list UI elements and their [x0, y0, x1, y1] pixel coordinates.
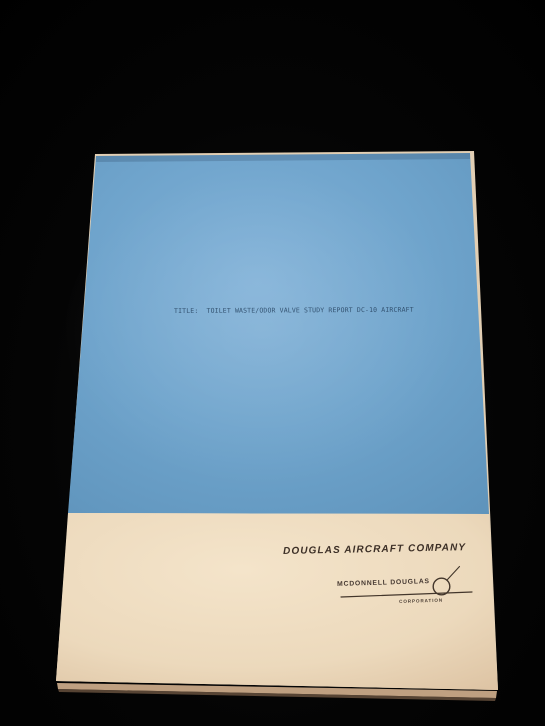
photo-background: TITLE: TOILET WASTE/ODOR VALVE STUDY REP…: [0, 0, 545, 726]
report-cover-photo: [0, 0, 545, 726]
report-title-line: TITLE: TOILET WASTE/ODOR VALVE STUDY REP…: [174, 306, 414, 315]
flash-sheen: [62, 170, 462, 490]
